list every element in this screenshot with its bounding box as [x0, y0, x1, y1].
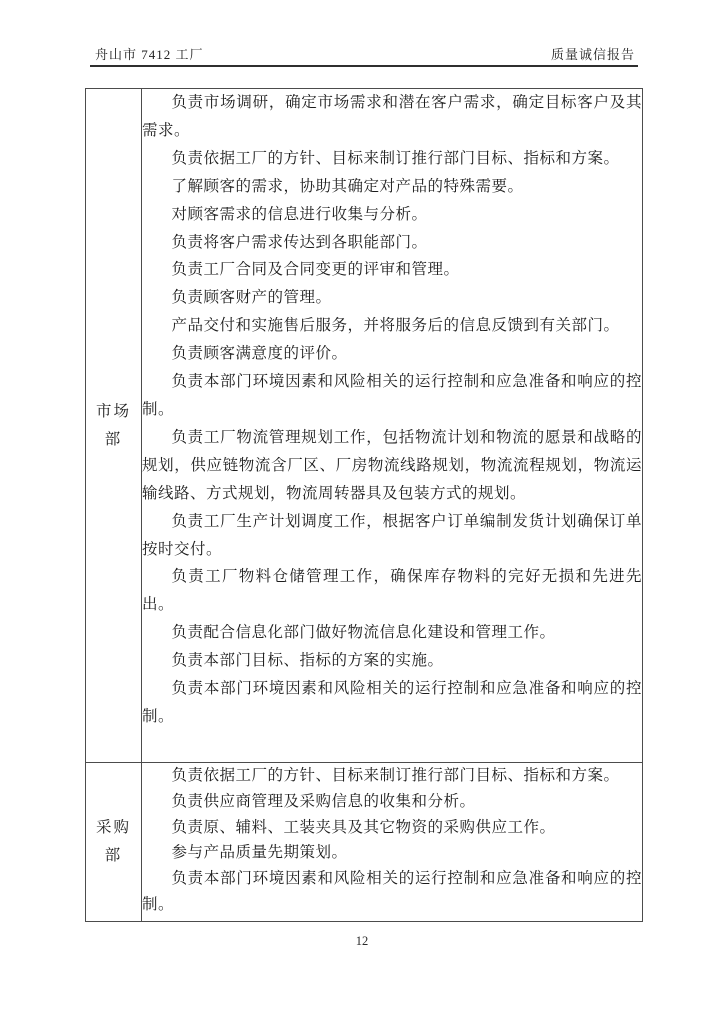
duty-paragraph: 负责工厂物料仓储管理工作，确保库存物料的完好无损和先进先出。 [142, 563, 642, 619]
duty-paragraph: 负责依据工厂的方针、目标来制订推行部门目标、指标和方案。 [142, 145, 642, 173]
duty-paragraph: 负责工厂物流管理规划工作，包括物流计划和物流的愿景和战略的规划，供应链物流含厂区… [142, 424, 642, 508]
duty-paragraph: 参与产品质量先期策划。 [142, 840, 642, 866]
duty-paragraph: 对顾客需求的信息进行收集与分析。 [142, 201, 642, 229]
department-name-market: 市场部 [93, 398, 133, 454]
duty-paragraph: 负责工厂合同及合同变更的评审和管理。 [142, 256, 642, 284]
table-row-market: 市场部 负责市场调研，确定市场需求和潜在客户需求，确定目标客户及其需求。负责依据… [86, 89, 643, 763]
duty-paragraph: 负责供应商管理及采购信息的收集和分析。 [142, 789, 642, 815]
duty-paragraph: 负责将客户需求传达到各职能部门。 [142, 229, 642, 257]
page-header: 舟山市 7412 工厂 质量诚信报告 [95, 44, 635, 63]
duty-paragraph: 了解顾客的需求，协助其确定对产品的特殊需要。 [142, 173, 642, 201]
duty-paragraph: 负责顾客财产的管理。 [142, 284, 642, 312]
table-row-purchasing: 采购部 负责依据工厂的方针、目标来制订推行部门目标、指标和方案。负责供应商管理及… [86, 763, 643, 922]
duty-paragraph: 负责本部门环境因素和风险相关的运行控制和应急准备和响应的控制。 [142, 866, 642, 918]
duty-paragraph: 负责本部门环境因素和风险相关的运行控制和应急准备和响应的控制。 [142, 368, 642, 424]
header-left-title: 舟山市 7412 工厂 [95, 44, 204, 63]
page-number: 12 [356, 934, 369, 948]
duties-cell-market: 负责市场调研，确定市场需求和潜在客户需求，确定目标客户及其需求。负责依据工厂的方… [142, 89, 643, 763]
document-page: 舟山市 7412 工厂 质量诚信报告 市场部 负责市场调研，确定市场需求和潜在客… [0, 0, 724, 1024]
department-cell-purchasing: 采购部 [86, 763, 142, 922]
department-cell-market: 市场部 [86, 89, 142, 763]
department-name-purchasing: 采购部 [93, 814, 133, 870]
duty-paragraph: 负责依据工厂的方针、目标来制订推行部门目标、指标和方案。 [142, 763, 642, 789]
duty-paragraph: 负责市场调研，确定市场需求和潜在客户需求，确定目标客户及其需求。 [142, 89, 642, 145]
duty-paragraph: 负责本部门环境因素和风险相关的运行控制和应急准备和响应的控制。 [142, 675, 642, 731]
duties-cell-purchasing: 负责依据工厂的方针、目标来制订推行部门目标、指标和方案。负责供应商管理及采购信息… [142, 763, 643, 922]
department-duties-table: 市场部 负责市场调研，确定市场需求和潜在客户需求，确定目标客户及其需求。负责依据… [85, 88, 643, 922]
duty-paragraph: 产品交付和实施售后服务，并将服务后的信息反馈到有关部门。 [142, 312, 642, 340]
header-right-title: 质量诚信报告 [551, 44, 635, 63]
duty-paragraph: 负责顾客满意度的评价。 [142, 340, 642, 368]
duty-paragraph: 负责配合信息化部门做好物流信息化建设和管理工作。 [142, 619, 642, 647]
duty-paragraph: 负责工厂生产计划调度工作，根据客户订单编制发货计划确保订单按时交付。 [142, 508, 642, 564]
page-footer: 12 [0, 934, 724, 949]
duty-paragraph: 负责原、辅料、工装夹具及其它物资的采购供应工作。 [142, 815, 642, 841]
duty-paragraph: 负责本部门目标、指标的方案的实施。 [142, 647, 642, 675]
header-rule [90, 65, 638, 67]
